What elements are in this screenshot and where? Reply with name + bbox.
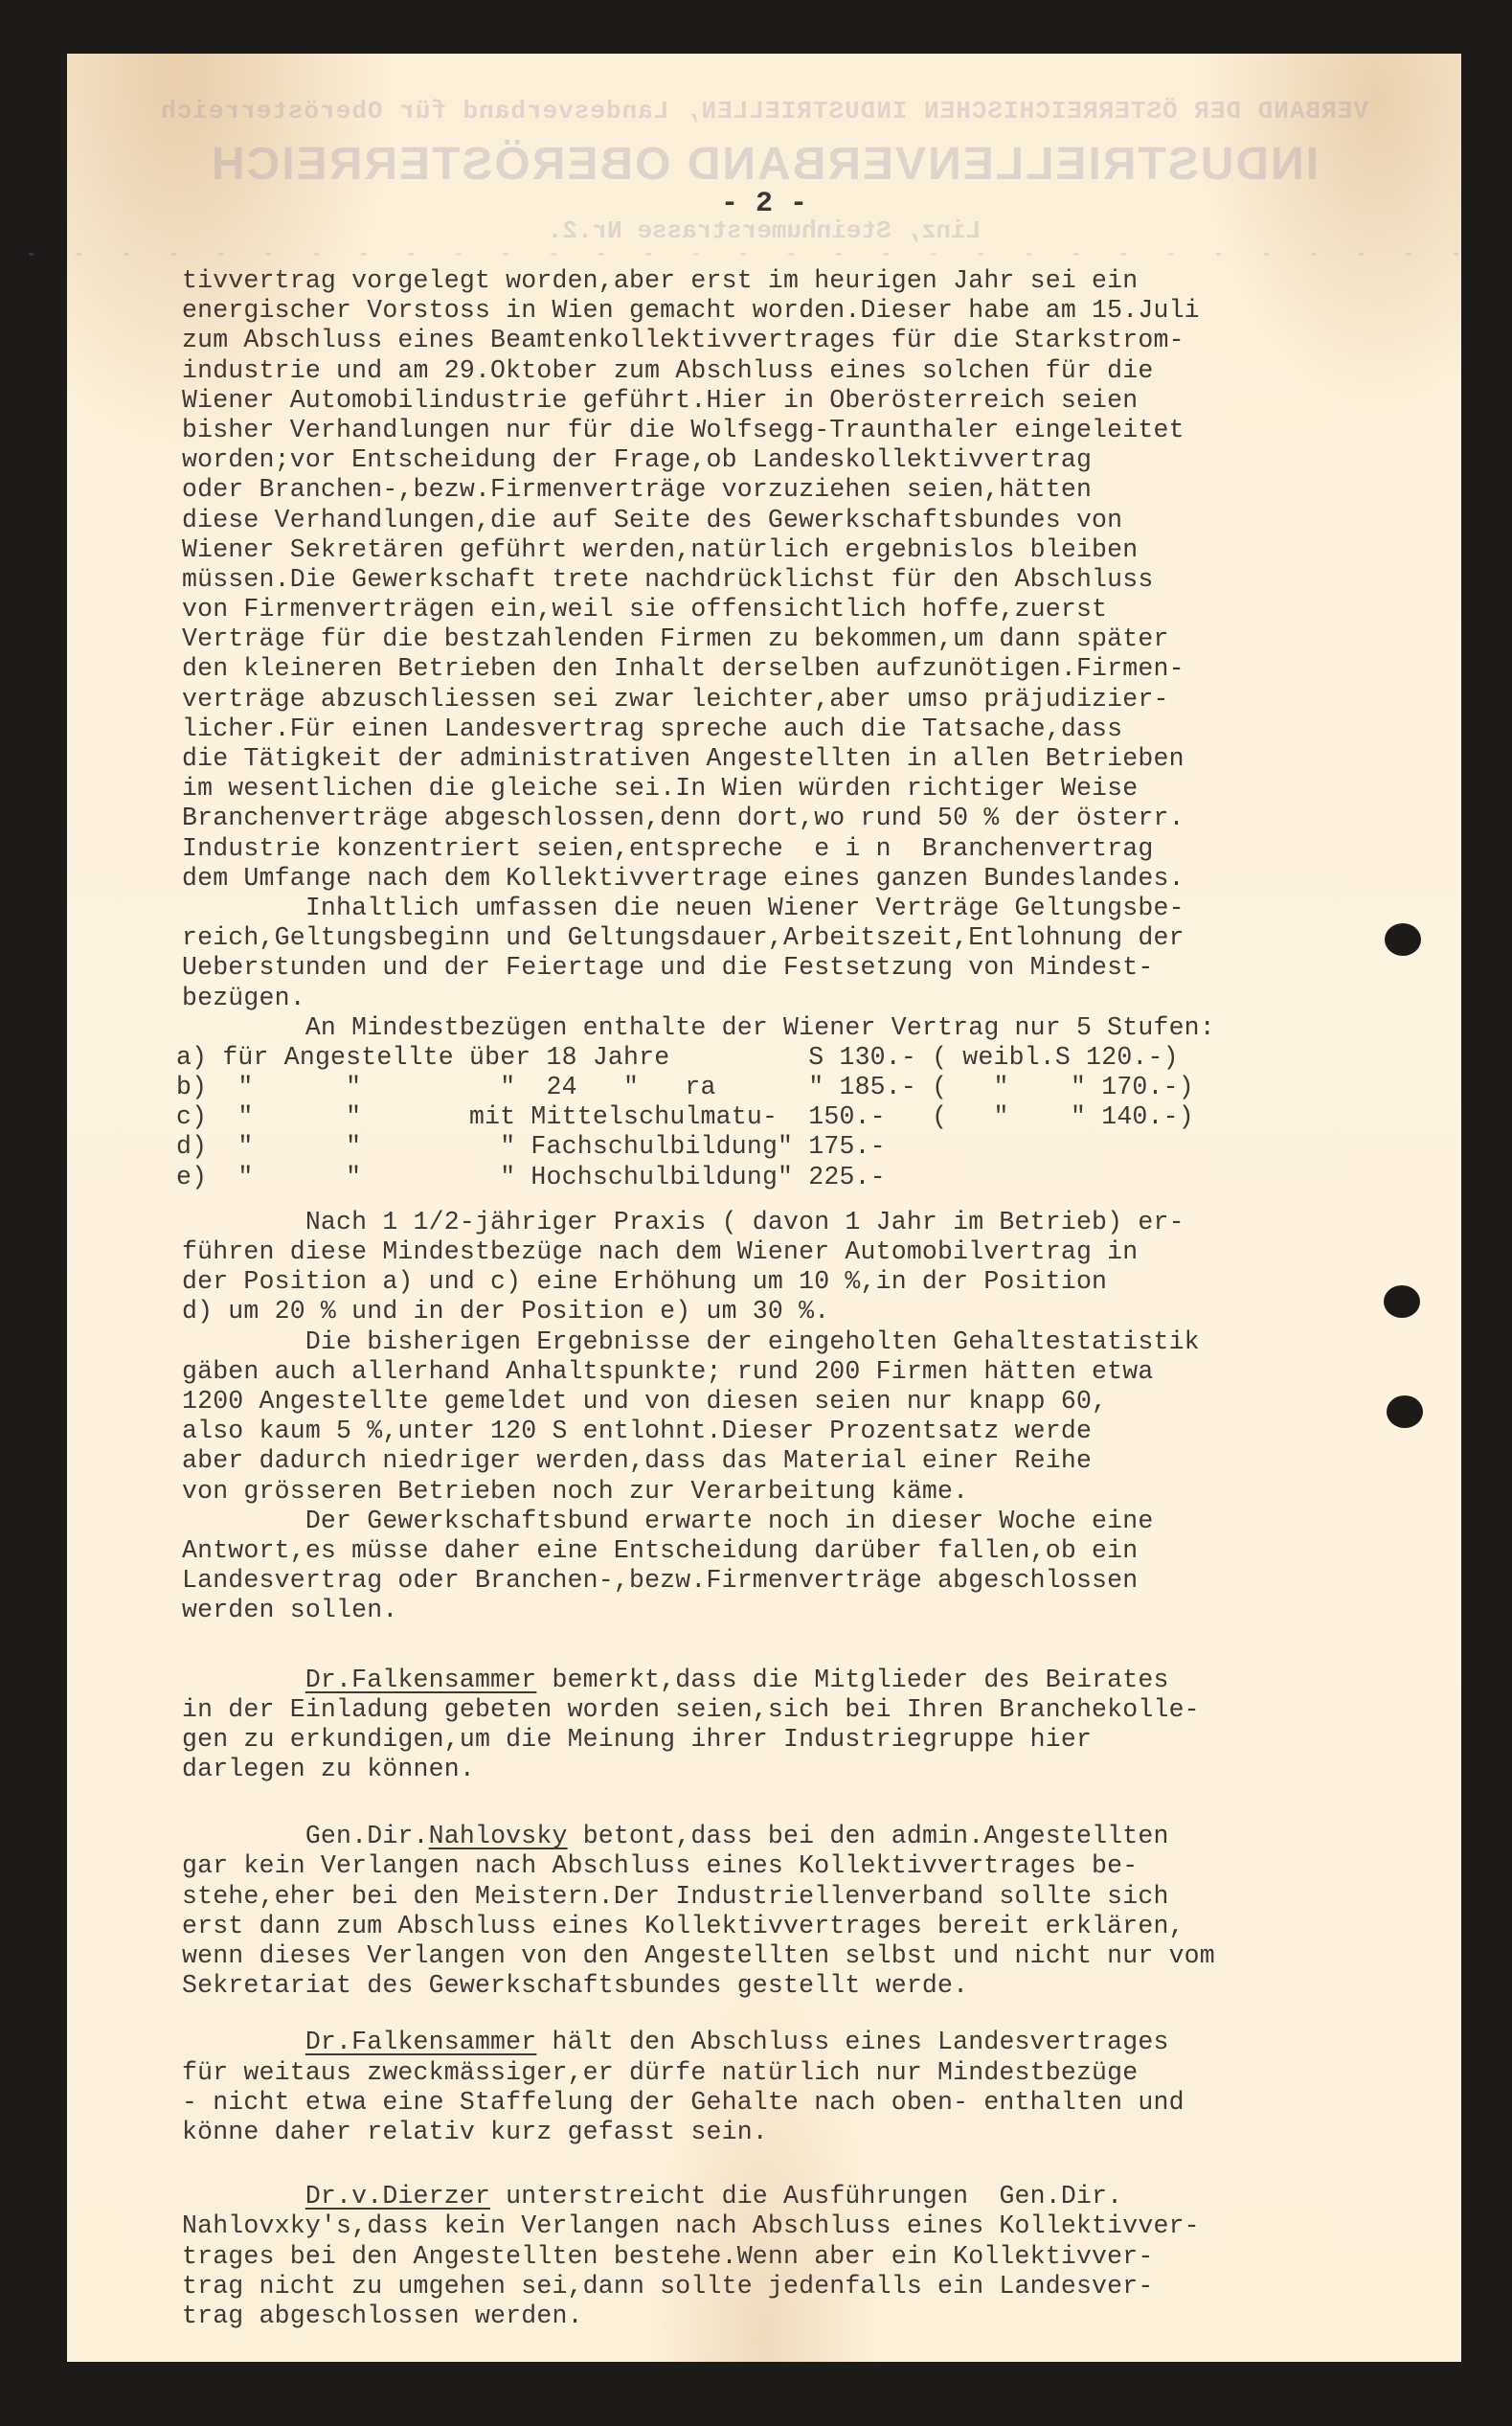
text-line: industrie und am 29.Oktober zum Abschlus… [182, 356, 1446, 386]
amount: " 185.- [808, 1073, 916, 1102]
text-line: Nahlovxky's,dass kein Verlangen nach Abs… [182, 2211, 1446, 2241]
text-line: den kleineren Betrieben den Inhalt derse… [182, 654, 1446, 684]
row-key: a) [176, 1043, 207, 1073]
text-line: Ueberstunden und der Feiertage und die F… [182, 953, 1446, 983]
text-line: aber dadurch niedriger werden,dass das M… [182, 1446, 1446, 1476]
salary-intro: An Mindestbezügen enthalte der Wiener Ve… [182, 1013, 1446, 1043]
letterhead-bleedthrough-line1: VERBAND DER ÖSTERREICHISCHEN INDUSTRIELL… [67, 97, 1461, 125]
female-amount [932, 1132, 1194, 1162]
text-line: reich,Geltungsbeginn und Geltungsdauer,A… [182, 923, 1446, 953]
letterhead-bleedthrough-title: INDUSTRIELLENVERBAND OBERÖSTERREICH [67, 138, 1461, 191]
text-line: von Firmenverträgen ein,weil sie offensi… [182, 595, 1446, 624]
text-line: Der Gewerkschaftsbund erwarte noch in di… [182, 1507, 1446, 1536]
speaker-prefix: Gen.Dir. [305, 1822, 429, 1850]
letterhead-bleedthrough-dots: - - - - - - - - - - - - - - - - - - - - … [67, 245, 1461, 264]
text-line: Wiener Automobilindustrie geführt.Hier i… [182, 386, 1446, 416]
text-line: von grösseren Betrieben noch zur Verarbe… [182, 1477, 1446, 1507]
text-line: betont,dass bei den admin.Angestellten [568, 1822, 1169, 1850]
cell: " [222, 1132, 268, 1162]
text-line: also kaum 5 %,unter 120 S entlohnt.Diese… [182, 1417, 1446, 1446]
text-line: diese Verhandlungen,die auf Seite des Ge… [182, 506, 1446, 535]
document-body: tivvertrag vorgelegt worden,aber erst im… [182, 266, 1446, 2331]
text-line: gar kein Verlangen nach Abschluss eines … [182, 1851, 1446, 1881]
paragraph-3: Nach 1 1/2-jähriger Praxis ( davon 1 Jah… [182, 1208, 1446, 1327]
table-row: e) " " " Hochschulbildung" 225.- [176, 1163, 1194, 1192]
paragraph-2: Inhaltlich umfassen die neuen Wiener Ver… [182, 894, 1446, 1013]
cell: " [222, 1073, 268, 1102]
text-line: trages bei den Angestellten bestehe.Wenn… [182, 2242, 1446, 2272]
table-row: d) " " " Fachschulbildung" 175.- [176, 1132, 1194, 1162]
text-line: wenn dieses Verlangen von den Angestellt… [182, 1941, 1446, 1971]
cell: " [222, 1163, 268, 1192]
text-line: Sekretariat des Gewerkschaftsbundes gest… [182, 1971, 1446, 2001]
text-line: Wiener Sekretären geführt werden,natürli… [182, 535, 1446, 565]
text-line: der Position a) und c) eine Erhöhung um … [182, 1267, 1446, 1297]
paragraph-1: tivvertrag vorgelegt worden,aber erst im… [182, 266, 1446, 894]
cell: für [222, 1043, 268, 1073]
text-line: worden;vor Entscheidung der Frage,ob Lan… [182, 445, 1446, 475]
text-line: unterstreicht die Ausführungen Gen.Dir. [490, 2182, 1122, 2211]
text-line: Die bisherigen Ergebnisse der eingeholte… [182, 1327, 1446, 1357]
text-line: dem Umfange nach dem Kollektivvertrage e… [182, 864, 1446, 894]
paragraph-5: Der Gewerkschaftsbund erwarte noch in di… [182, 1507, 1446, 1626]
cell: mit Mittelschulmatu- [469, 1102, 793, 1132]
text-line: Inhaltlich umfassen die neuen Wiener Ver… [182, 894, 1446, 923]
text-line: gäben auch allerhand Anhaltspunkte; rund… [182, 1357, 1446, 1387]
speaker-name: Dr.Falkensammer [305, 1666, 537, 1694]
salary-table: a) für Angestellte über 18 Jahre S 130.-… [176, 1043, 1194, 1192]
amount: 225.- [808, 1163, 916, 1192]
cell: " [222, 1102, 268, 1132]
text-line: Verträge für die bestzahlenden Firmen zu… [182, 624, 1446, 654]
text-line: führen diese Mindestbezüge nach dem Wien… [182, 1237, 1446, 1267]
text-line: für weitaus zweckmässiger,er dürfe natür… [182, 2058, 1446, 2088]
text-line: erst dann zum Abschluss eines Kollektivv… [182, 1912, 1446, 1941]
speaker-name: Dr.v.Dierzer [305, 2182, 490, 2211]
statement-dierzer: Dr.v.Dierzer unterstreicht die Ausführun… [182, 2182, 1446, 2331]
table-row: a) für Angestellte über 18 Jahre S 130.-… [176, 1043, 1194, 1073]
cell: Angestellte [284, 1043, 454, 1073]
cell: " Hochschulbildung" [469, 1163, 793, 1192]
text-line: verträge abzuschliessen sei zwar leichte… [182, 685, 1446, 714]
text-line: hält den Abschluss eines Landesvertrages [536, 2028, 1168, 2056]
text-line: im wesentlichen die gleiche sei.In Wien … [182, 774, 1446, 804]
female-amount: ( " " 140.-) [932, 1102, 1194, 1132]
text-line: trag nicht zu umgehen sei,dann sollte je… [182, 2272, 1446, 2301]
female-amount: ( weibl.S 120.-) [932, 1043, 1194, 1073]
document-page: VERBAND DER ÖSTERREICHISCHEN INDUSTRIELL… [67, 54, 1461, 2362]
text-line: bezügen. [182, 984, 1446, 1013]
cell: über 18 Jahre [469, 1043, 793, 1073]
cell: " [284, 1132, 454, 1162]
text-line: müssen.Die Gewerkschaft trete nachdrückl… [182, 565, 1446, 595]
text-line: 1200 Angestellte gemeldet und von diesen… [182, 1387, 1446, 1417]
row-key: b) [176, 1073, 207, 1102]
text-line: darlegen zu können. [182, 1755, 1446, 1784]
amount: 150.- [808, 1102, 916, 1132]
text-line: oder Branchen-,bezw.Firmenverträge vorzu… [182, 475, 1446, 505]
cell: " 24 " ra [469, 1073, 793, 1102]
text-line: Branchenverträge abgeschlossen,denn dort… [182, 804, 1446, 833]
text-line: bemerkt,dass die Mitglieder des Beirates [536, 1666, 1168, 1694]
text-line: - nicht etwa eine Staffelung der Gehalte… [182, 2088, 1446, 2118]
text-line: d) um 20 % und in der Position e) um 30 … [182, 1297, 1446, 1326]
text-line: werden sollen. [182, 1596, 1446, 1625]
table-row: c) " " mit Mittelschulmatu- 150.- ( " " … [176, 1102, 1194, 1132]
text-line: könne daher relativ kurz gefasst sein. [182, 2118, 1446, 2147]
cell: " Fachschulbildung" [469, 1132, 793, 1162]
text-line: in der Einladung gebeten worden seien,si… [182, 1695, 1446, 1725]
amount: 175.- [808, 1132, 916, 1162]
row-key: c) [176, 1102, 207, 1132]
table-row: b) " " " 24 " ra " 185.- ( " " 170.-) [176, 1073, 1194, 1102]
text-line: energischer Vorstoss in Wien gemacht wor… [182, 296, 1446, 326]
text-line: Industrie konzentriert seien,entspreche … [182, 834, 1446, 864]
text-line: Landesvertrag oder Branchen-,bezw.Firmen… [182, 1566, 1446, 1596]
text-line: licher.Für einen Landesvertrag spreche a… [182, 714, 1446, 744]
paragraph-4: Die bisherigen Ergebnisse der eingeholte… [182, 1327, 1446, 1507]
female-amount: ( " " 170.-) [932, 1073, 1194, 1102]
cell: " [284, 1073, 454, 1102]
cell: " [284, 1163, 454, 1192]
row-key: e) [176, 1163, 207, 1192]
text-line: trag abgeschlossen werden. [182, 2301, 1446, 2331]
amount: S 130.- [808, 1043, 916, 1073]
cell: " [284, 1102, 454, 1132]
row-key: d) [176, 1132, 207, 1162]
speaker-name: Nahlovsky [429, 1822, 568, 1850]
text-line: tivvertrag vorgelegt worden,aber erst im… [182, 266, 1446, 296]
text-line: Antwort,es müsse daher eine Entscheidung… [182, 1536, 1446, 1566]
female-amount [932, 1163, 1194, 1192]
statement-falkensammer-1: Dr.Falkensammer bemerkt,dass die Mitglie… [182, 1666, 1446, 1785]
text-line: die Tätigkeit der administrativen Angest… [182, 744, 1446, 774]
statement-falkensammer-2: Dr.Falkensammer hält den Abschluss eines… [182, 2028, 1446, 2147]
text-line: gen zu erkundigen,um die Meinung ihrer I… [182, 1725, 1446, 1755]
letterhead-bleedthrough-address: Linz, Steinhumerstrasse Nr.2. [67, 216, 1461, 245]
text-line: stehe,eher bei den Meistern.Der Industri… [182, 1882, 1446, 1912]
text-line: Nach 1 1/2-jähriger Praxis ( davon 1 Jah… [182, 1208, 1446, 1237]
page-number: - 2 - [67, 188, 1461, 220]
statement-nahlovsky: Gen.Dir.Nahlovsky betont,dass bei den ad… [182, 1822, 1446, 2001]
speaker-name: Dr.Falkensammer [305, 2028, 537, 2056]
text-line: zum Abschluss eines Beamtenkollektivvert… [182, 326, 1446, 355]
text-line: bisher Verhandlungen nur für die Wolfseg… [182, 416, 1446, 445]
